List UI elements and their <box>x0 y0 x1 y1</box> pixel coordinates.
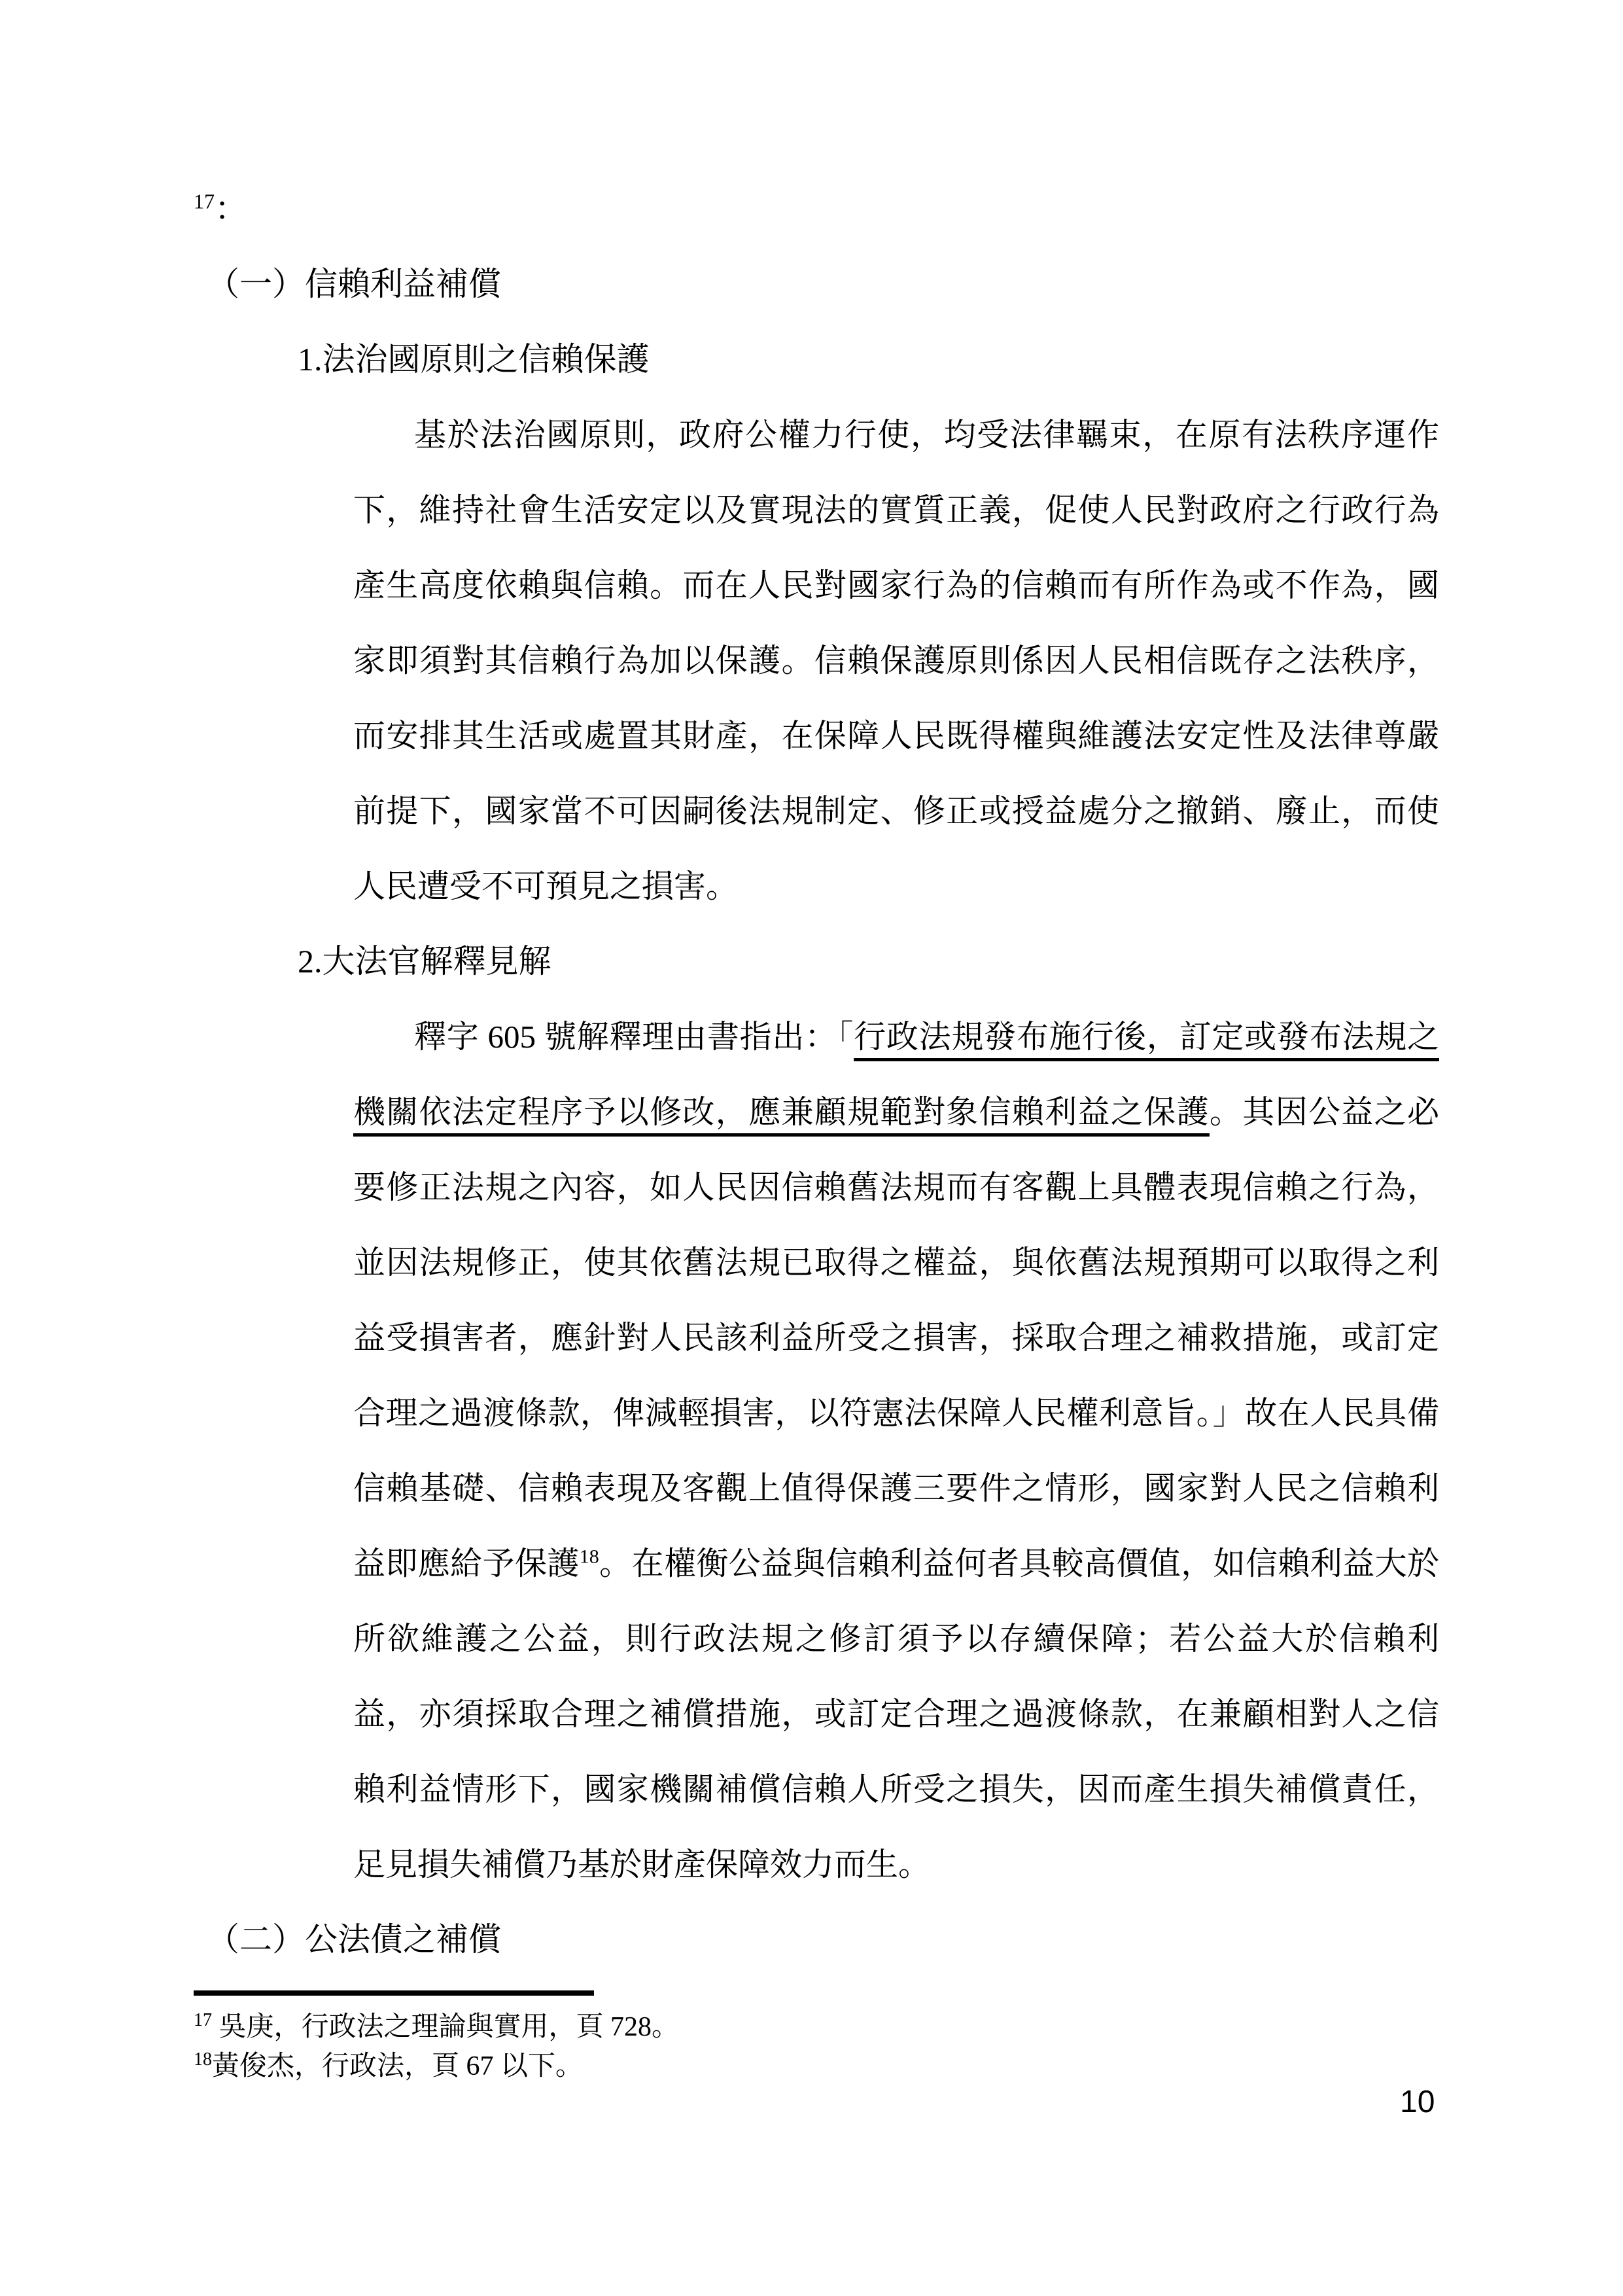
footnote-text: 吳庚，行政法之理論與實用，頁 728。 <box>212 2012 679 2042</box>
paragraph-text: 釋字 605 號解釋理由書指出：「 <box>414 1019 854 1055</box>
footnote: 17 吳庚，行政法之理論與實用，頁 728。 <box>194 2007 1447 2047</box>
subsection-heading-2: 2.大法官解釋見解 <box>298 924 1447 999</box>
paragraph-interpretation-605: 釋字 605 號解釋理由書指出：「行政法規發布施行後，訂定或發布法規之機關依法定… <box>353 999 1439 1902</box>
subsection-heading-1: 1.法治國原則之信賴保護 <box>298 322 1447 397</box>
continuation-colon: ： <box>215 190 247 227</box>
footnote-ref-18: 18 <box>580 1546 599 1568</box>
footnote-list: 17 吳庚，行政法之理論與實用，頁 728。18黃俊杰，行政法，頁 67 以下。 <box>194 2007 1447 2086</box>
page-number: 10 <box>1400 2084 1435 2121</box>
paragraph-text: 。在權衡公益與信賴利益何者具較高價值，如信賴利益大於所欲維護之公益，則行政法規之… <box>353 1545 1439 1882</box>
footnote-block: 17 吳庚，行政法之理論與實用，頁 728。18黃俊杰，行政法，頁 67 以下。 <box>194 1990 1447 2086</box>
paragraph-rule-of-law: 基於法治國原則，政府公權力行使，均受法律羈束，在原有法秩序運作下，維持社會生活安… <box>353 397 1439 924</box>
footnote-marker: 17 <box>194 2010 212 2030</box>
footnote-marker: 18 <box>194 2049 212 2070</box>
continuation-line: 17： <box>194 171 1447 247</box>
section-heading-1: （一）信賴利益補償 <box>207 247 1447 322</box>
paragraph-text: 。其因公益之必要修正法規之內容，如人民因信賴舊法規而有客觀上具體表現信賴之行為，… <box>353 1094 1439 1581</box>
footnote-text: 黃俊杰，行政法，頁 67 以下。 <box>212 2051 583 2081</box>
footnote: 18黃俊杰，行政法，頁 67 以下。 <box>194 2047 1447 2086</box>
section-heading-2: （二）公法債之補償 <box>207 1902 1447 1977</box>
document-body: 17： （一）信賴利益補償 1.法治國原則之信賴保護 基於法治國原則，政府公權力… <box>194 171 1447 1977</box>
footnote-separator <box>194 1990 594 1996</box>
document-page: 17： （一）信賴利益補償 1.法治國原則之信賴保護 基於法治國原則，政府公權力… <box>0 0 1623 2296</box>
footnote-ref-17: 17 <box>194 189 215 213</box>
